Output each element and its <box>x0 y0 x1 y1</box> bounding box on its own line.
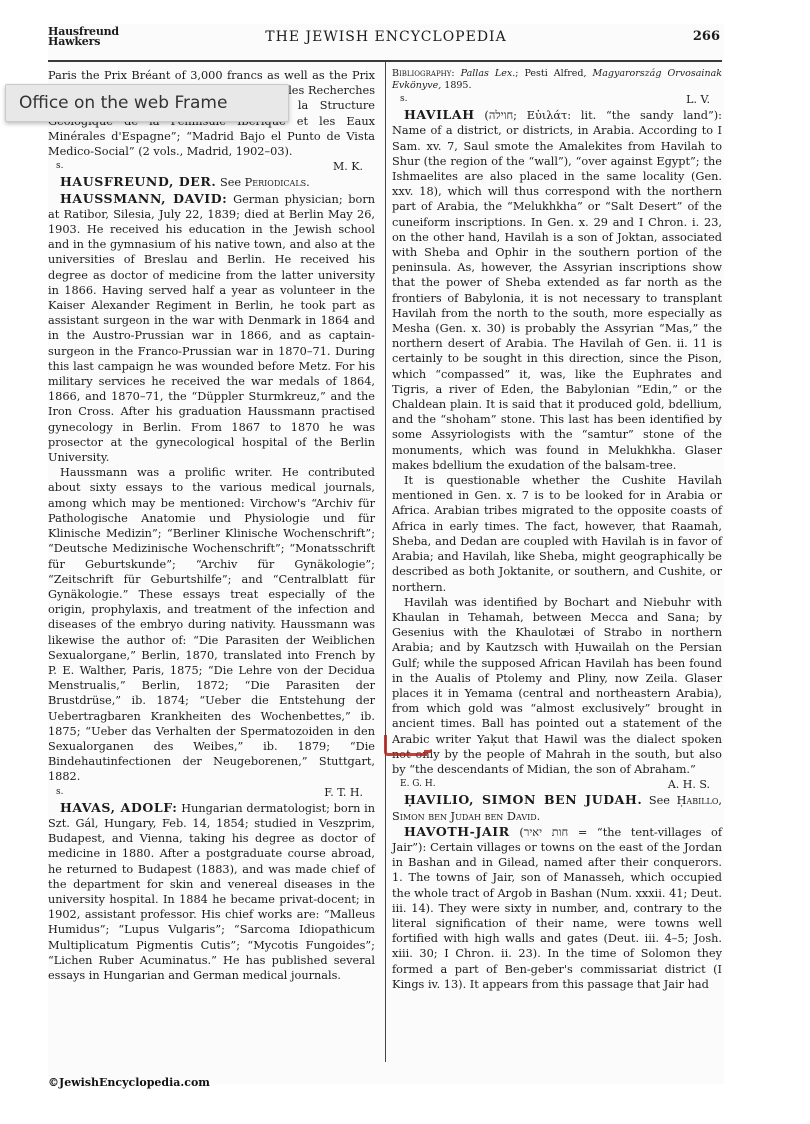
tooltip-label: Office on the web Frame <box>19 93 227 113</box>
see-label: See <box>649 794 670 807</box>
encyclopedia-page: Hausfreund Hawkers THE JEWISH ENCYCLOPED… <box>48 24 724 1084</box>
author-initials: L. V. <box>686 92 710 107</box>
entry-headword: HAUSSMANN, DAVID: <box>60 191 227 206</box>
bibliography-source: Pallas Lex. <box>461 68 516 79</box>
red-annotation-underline <box>424 750 432 753</box>
page-number: 266 <box>693 29 720 44</box>
cross-reference-link[interactable]: Periodicals. <box>245 176 310 189</box>
left-column: Paris the Prix Bréant of 3,000 francs as… <box>48 68 375 983</box>
author-initials: M. K. <box>333 159 363 174</box>
entry-headword: ḤAVILIO, SIMON BEN JUDAH. <box>404 792 642 807</box>
running-head: Hausfreund Hawkers THE JEWISH ENCYCLOPED… <box>48 24 724 60</box>
red-annotation-mark <box>384 735 427 756</box>
entry-havilah: HAVILAH (חוילה; Εὐιλάτ: lit. “the sandy … <box>392 107 722 473</box>
bibliography: Bibliography: Pallas Lex.; Pesti Alfred,… <box>392 68 722 92</box>
page-title: THE JEWISH ENCYCLOPEDIA <box>48 29 724 45</box>
author-initials: F. T. H. <box>324 785 363 800</box>
entry-body: Hungarian dermatologist; born in Szt. Gá… <box>48 802 375 982</box>
bibliography-text: 1895. <box>441 80 471 91</box>
signature-marker: s. <box>56 785 63 800</box>
entry-body: German physician; born at Ratibor, Siles… <box>48 193 375 464</box>
signature-marker: E. G. H. <box>400 777 436 792</box>
right-column: Bibliography: Pallas Lex.; Pesti Alfred,… <box>392 68 722 992</box>
column-divider <box>385 62 386 1062</box>
signature-marker: s. <box>400 92 407 107</box>
entry-havas: HAVAS, ADOLF: Hungarian dermatologist; b… <box>48 800 375 983</box>
entry-havoth-jair: HAVOTH-JAIR (חות יאיר = “the tent-villag… <box>392 824 722 992</box>
copyright-footer: ©JewishEncyclopedia.com <box>48 1076 210 1089</box>
entry-body: (חוילה; Εὐιλάτ: lit. “the sandy land”): … <box>392 109 722 472</box>
entry-havilio: ḤAVILIO, SIMON BEN JUDAH. See Ḥabillo, S… <box>392 792 722 823</box>
entry-haussmann: HAUSSMANN, DAVID: German physician; born… <box>48 191 375 466</box>
signature-marker: s. <box>56 159 63 174</box>
office-frame-tooltip: Office on the web Frame <box>5 84 289 122</box>
author-initials: A. H. S. <box>668 777 710 792</box>
signature-line: s. F. T. H. <box>48 785 375 800</box>
signature-line: s. L. V. <box>392 92 722 107</box>
bibliography-text: ; Pesti Alfred, <box>515 68 586 79</box>
bibliography-label: Bibliography: <box>392 68 455 79</box>
entry-headword: HAVOTH-JAIR <box>404 824 510 839</box>
entry-body: (חות יאיר = “the tent-villages of Jair”)… <box>392 826 722 991</box>
entry-headword: HAVAS, ADOLF: <box>60 800 178 815</box>
entry-hausfreund: HAUSFREUND, DER. See Periodicals. <box>48 174 375 190</box>
signature-line: E. G. H. A. H. S. <box>392 777 722 792</box>
entry-paragraph: It is questionable whether the Cushite H… <box>392 473 722 595</box>
entry-headword: HAVILAH <box>404 107 475 122</box>
entry-paragraph: Havilah was identified by Bochart and Ni… <box>392 595 722 777</box>
entry-paragraph: Haussmann was a prolific writer. He cont… <box>48 465 375 784</box>
entry-headword: HAUSFREUND, DER. <box>60 174 216 189</box>
signature-line: s. M. K. <box>48 159 375 174</box>
see-label: See <box>220 176 241 189</box>
